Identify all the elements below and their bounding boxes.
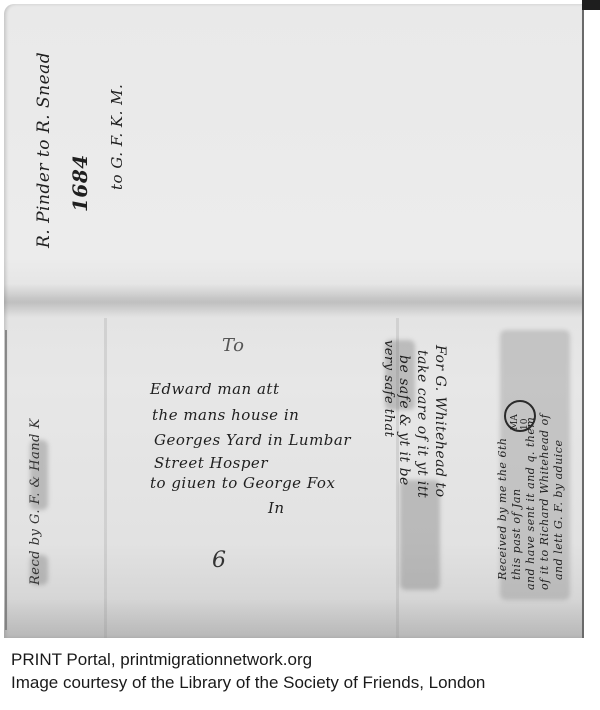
scan-corner	[582, 0, 600, 10]
vertical-fold-left	[104, 318, 107, 638]
address-line-3: Georges Yard in Lumbar	[154, 429, 351, 451]
caption-source: PRINT Portal, printmigrationnetwork.org	[11, 648, 591, 671]
docket-year: 1684	[68, 154, 92, 212]
page-mark: 6	[212, 548, 227, 573]
address-line-1: Edward man att	[150, 378, 279, 400]
address-salutation: To	[222, 335, 244, 356]
caption-courtesy: Image courtesy of the Library of the Soc…	[11, 671, 591, 694]
left-margin-note: Recd by G. F. & Hand K	[28, 418, 43, 585]
middle-note-2: take care of it yt itt	[414, 350, 430, 498]
right-note-1: Received by me the 6th	[496, 438, 509, 580]
right-note-2: this past of Jan	[510, 488, 523, 580]
seal-mark-icon: MA 10	[504, 400, 536, 432]
docket-line-1: R. Pinder to R. Snead	[34, 52, 54, 248]
address-line-5: to giuen to George Fox	[150, 472, 335, 494]
docket-line-3: to G. F. K. M.	[108, 84, 126, 190]
image-caption: PRINT Portal, printmigrationnetwork.org …	[11, 648, 591, 694]
paper-edge	[5, 330, 7, 630]
middle-note-1: For G. Whitehead to	[432, 345, 448, 498]
manuscript-scan: R. Pinder to R. Snead 1684 to G. F. K. M…	[0, 0, 600, 642]
address-line-4: Street Hosper	[154, 452, 268, 474]
right-note-3: and have sent it and q. them	[524, 417, 537, 590]
bottom-shadow	[4, 598, 582, 638]
middle-note-4: very safe that	[381, 340, 396, 437]
address-line-2: the mans house in	[152, 404, 299, 426]
address-line-6: In	[268, 497, 285, 519]
horizontal-fold	[4, 284, 582, 318]
middle-note-3: be safe & yt it be	[396, 355, 412, 486]
right-note-4: of it to Richard Whitehead of	[538, 414, 551, 590]
right-note-5: and lett G. F. by aduice	[552, 440, 565, 580]
seal-mark-text: MA 10	[510, 402, 530, 430]
